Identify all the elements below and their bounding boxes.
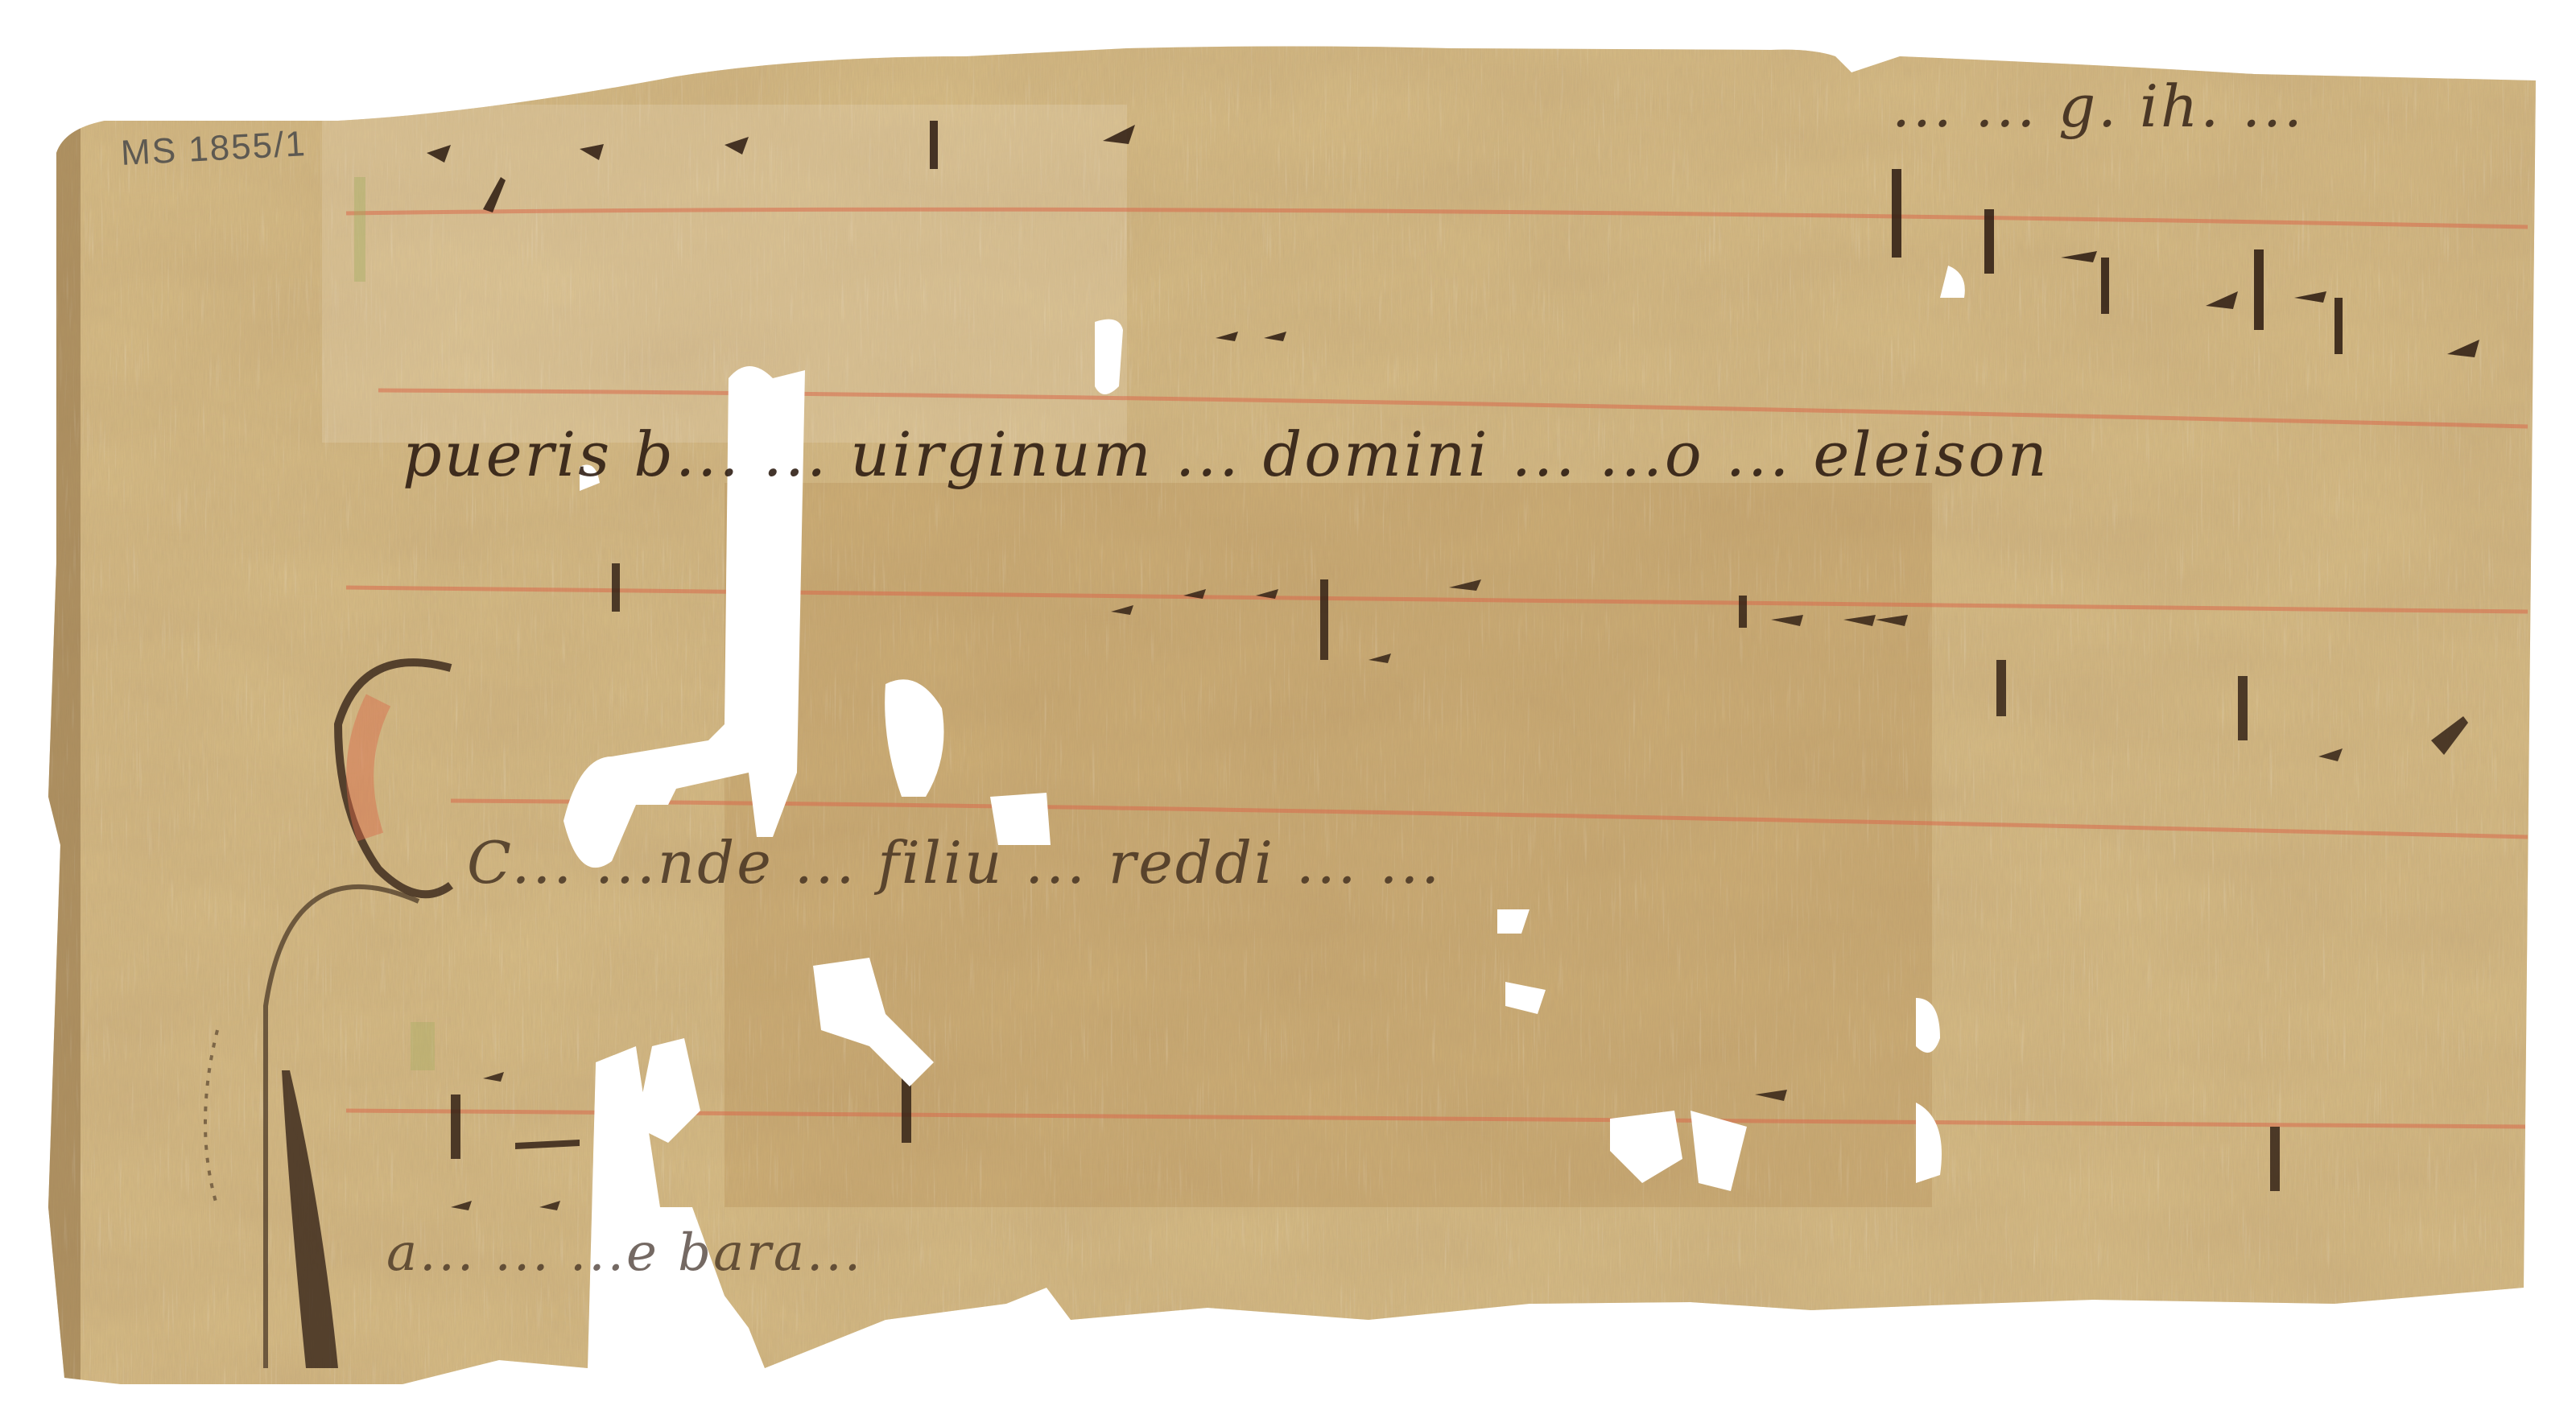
text-line-top: ... ... g. ih. ... bbox=[1892, 72, 2305, 140]
manuscript-photo: MS 1855/1 pueris b... ... uirginum ... d… bbox=[0, 0, 2576, 1414]
text-line-pueris: pueris b... ... uirginum ... domini ... … bbox=[402, 418, 2050, 490]
parchment-fragment bbox=[0, 0, 2576, 1414]
text-line-c: C... ...nde ... filiu ... reddi ... ... bbox=[467, 829, 1442, 897]
text-line-bottom: a... ... ...e bara... bbox=[386, 1223, 863, 1283]
green-stain bbox=[354, 177, 365, 282]
parchment-surface bbox=[0, 0, 2576, 1414]
